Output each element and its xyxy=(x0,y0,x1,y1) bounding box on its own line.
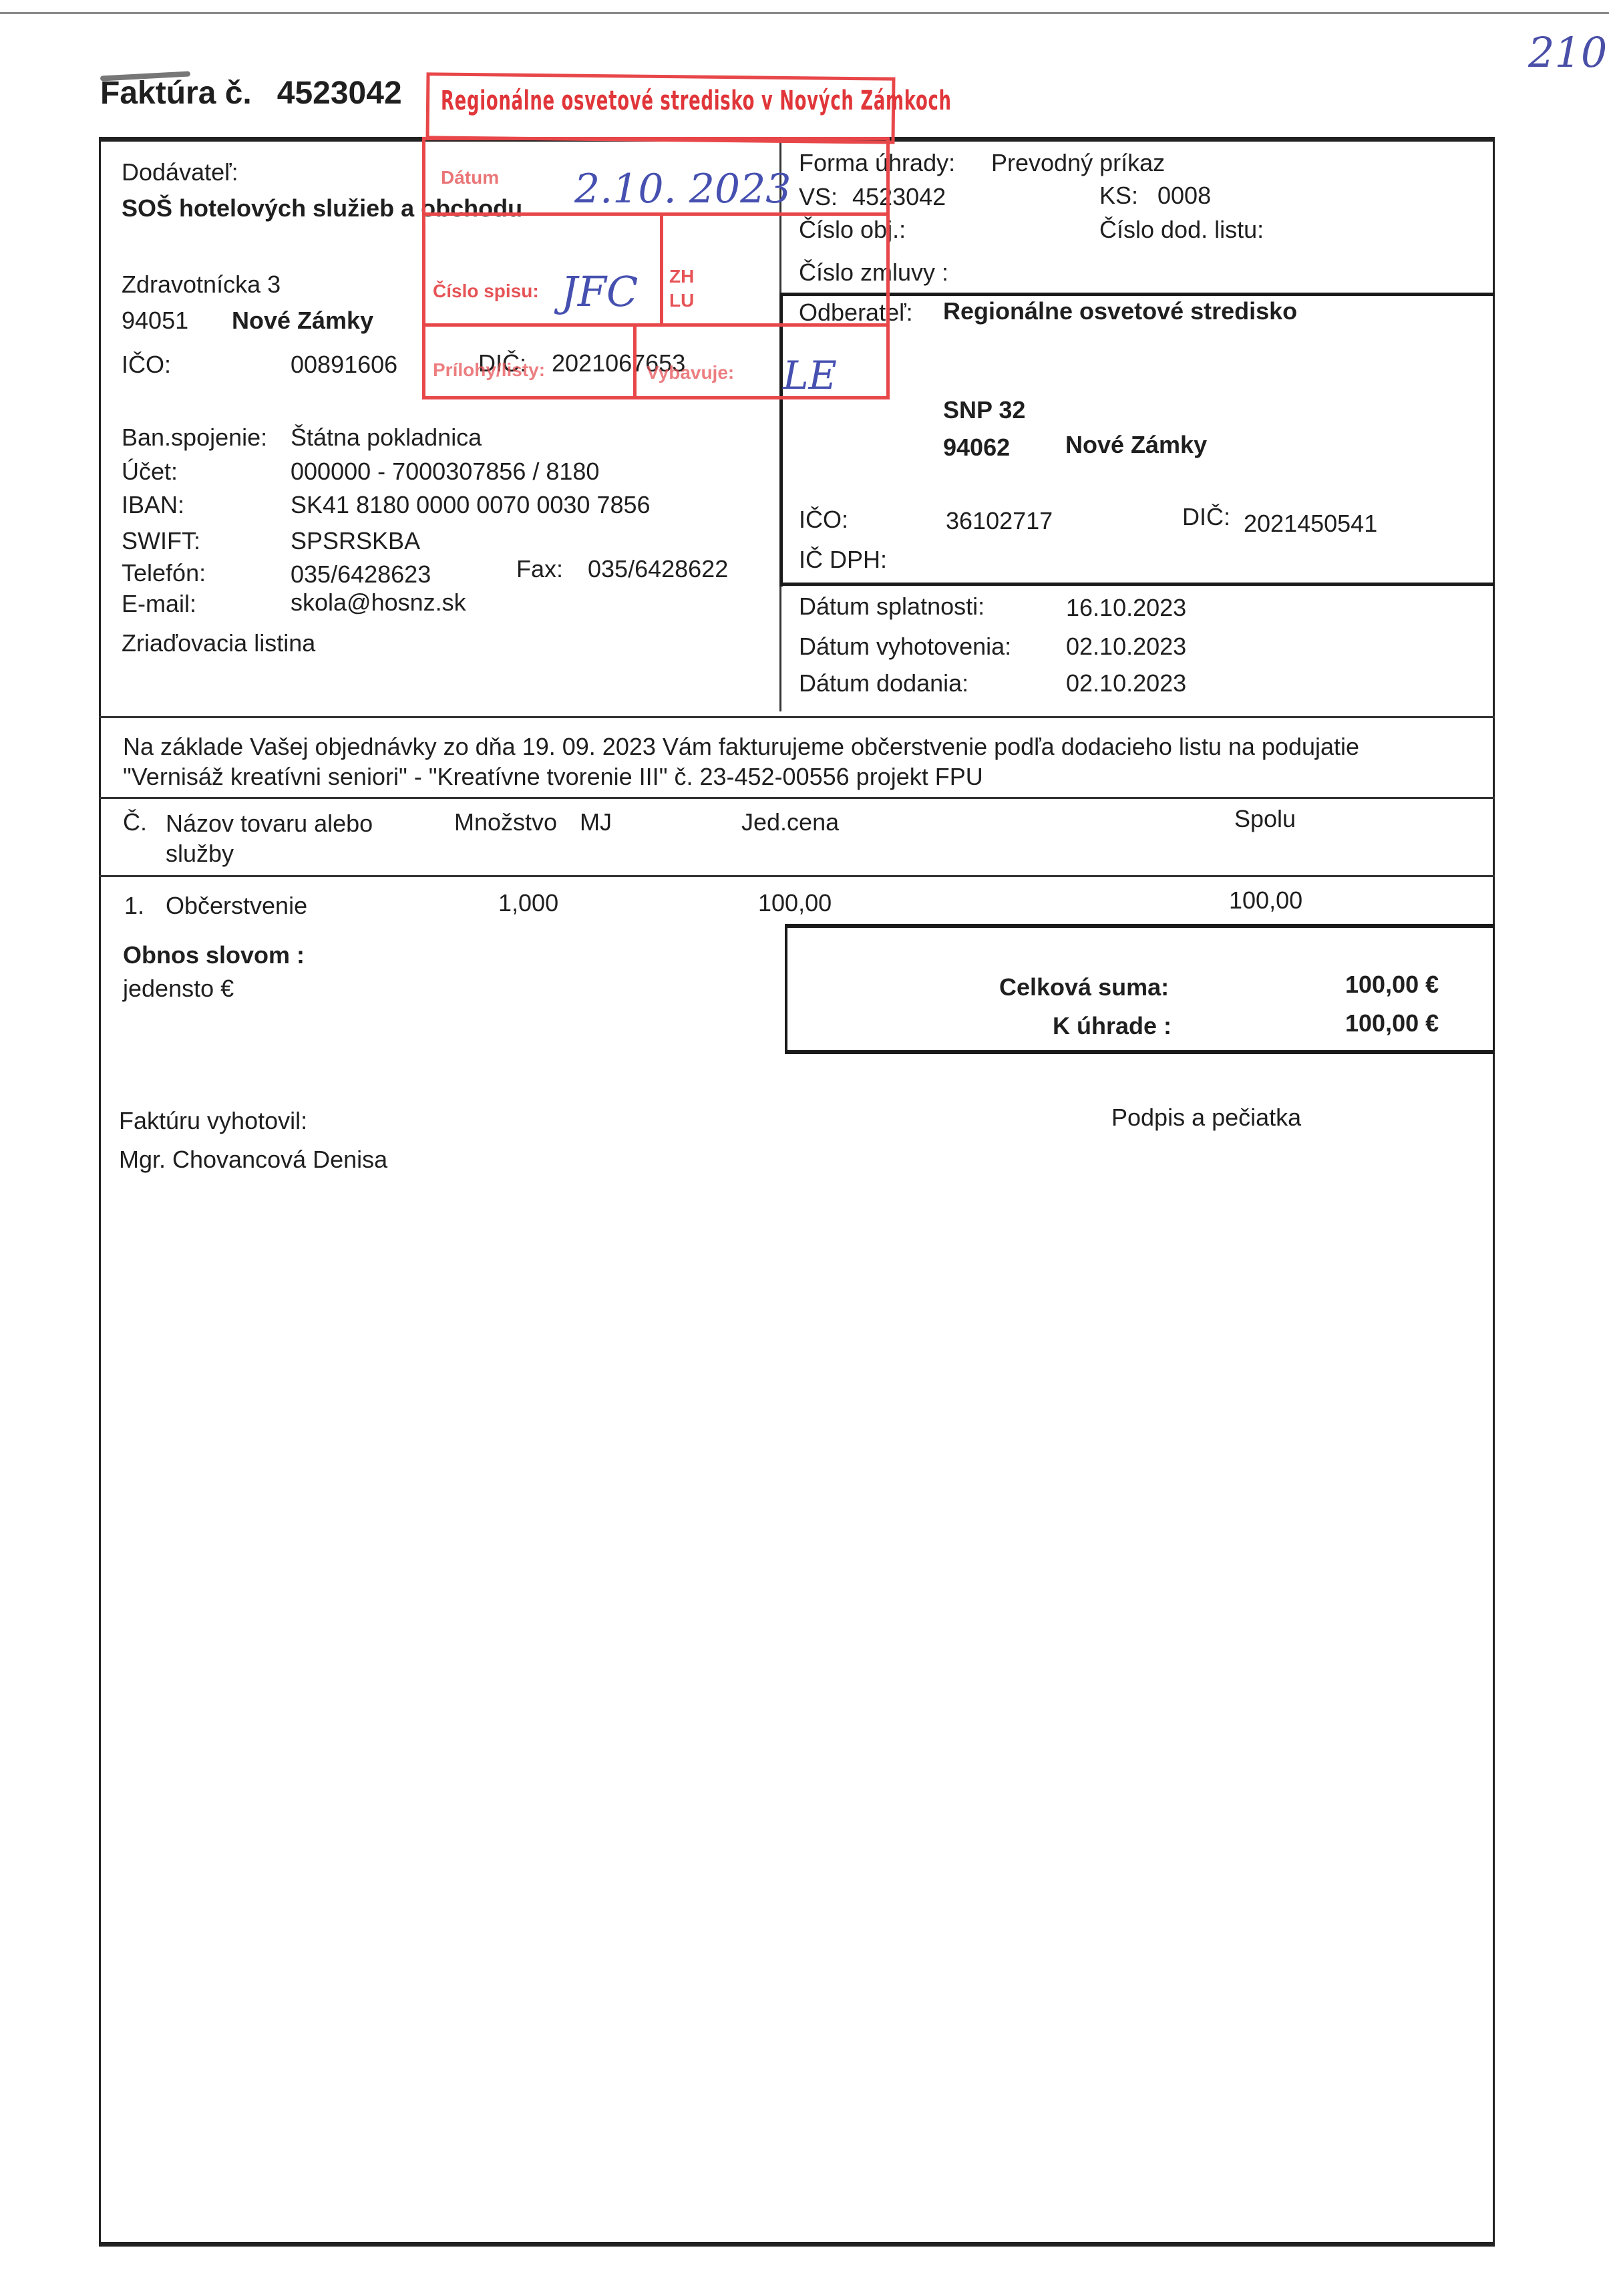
stamp-divider-3 xyxy=(422,323,890,327)
issue-date: 02.10.2023 xyxy=(1066,635,1186,659)
account-number: 000000 - 7000307856 / 8180 xyxy=(291,460,599,484)
iban-label: IBAN: xyxy=(122,493,184,517)
stamp-reg-label: Číslo spisu: xyxy=(433,281,539,302)
issue-date-label: Dátum vyhotovenia: xyxy=(799,635,1011,659)
stamp-handler-label: Vybavuje: xyxy=(647,362,734,383)
issued-by-name: Mgr. Chovancová Denisa xyxy=(119,1148,387,1172)
row-no: 1. xyxy=(124,894,144,918)
row-name: Občerstvenie xyxy=(166,894,307,918)
row-qty: 1,000 xyxy=(498,891,558,915)
supplier-street: Zdravotnícka 3 xyxy=(122,273,281,297)
delivery-note-label: Číslo dod. listu: xyxy=(1099,218,1264,242)
total-value: 100,00 € xyxy=(1345,973,1439,997)
supplier-ico-label: IČO: xyxy=(122,353,171,377)
email-value: skola@hosnz.sk xyxy=(291,591,466,615)
issued-by-label: Faktúru vyhotovil: xyxy=(119,1109,307,1133)
description-line-1: Na základe Vašej objednávky zo dňa 19. 0… xyxy=(123,735,1359,759)
customer-ico-label: IČO: xyxy=(799,508,848,532)
stamp-code-bottom: LU xyxy=(669,290,694,311)
col-header-name-2: služby xyxy=(166,842,234,866)
swift-value: SPSRSKBA xyxy=(291,529,420,553)
ks-label: KS: xyxy=(1099,184,1138,208)
due-date-label: Dátum splatnosti: xyxy=(799,595,985,619)
table-header-top-rule xyxy=(99,797,1495,799)
stamp-attachments-label: Prílohy/listy: xyxy=(433,359,545,381)
customer-dic-label: DIČ: xyxy=(1182,505,1230,529)
supplier-label: Dodávateľ: xyxy=(122,160,238,184)
customer-box-bottom xyxy=(779,583,1495,586)
customer-icdph-label: IČ DPH: xyxy=(799,548,887,572)
invoice-title: Faktúra č.4523042 xyxy=(100,75,402,112)
customer-city: Nové Zámky xyxy=(1065,433,1207,457)
handwritten-page-number: 210 xyxy=(1528,28,1607,77)
scan-edge-rule xyxy=(0,12,1609,14)
payment-method: Prevodný príkaz xyxy=(991,151,1165,175)
col-header-total: Spolu xyxy=(1234,807,1296,831)
col-header-no: Č. xyxy=(123,810,147,834)
customer-zip: 94062 xyxy=(943,436,1010,460)
description-line-2: "Vernisáž kreatívni seniori" - "Kreatívn… xyxy=(123,765,983,789)
founding-document: Zriaďovacia listina xyxy=(122,631,315,655)
supplier-zip: 94051 xyxy=(122,309,188,333)
account-label: Účet: xyxy=(122,460,178,484)
invoice-number: 4523042 xyxy=(277,75,402,111)
stamp-date-label: Dátum xyxy=(441,167,499,188)
delivery-date: 02.10.2023 xyxy=(1066,671,1186,695)
phone-value: 035/6428623 xyxy=(291,562,431,587)
stamp-reg-handwritten: JFC xyxy=(561,267,638,316)
bank-name: Štátna pokladnica xyxy=(291,426,482,450)
invoice-title-label: Faktúra č. xyxy=(100,75,252,111)
email-label: E-mail: xyxy=(122,592,196,616)
description-top-rule xyxy=(99,716,1495,718)
amount-words-label: Obnos slovom : xyxy=(123,943,305,967)
bank-label: Ban.spojenie: xyxy=(122,426,267,450)
stamp-divider-2 xyxy=(660,212,663,326)
supplier-city: Nové Zámky xyxy=(232,309,373,333)
due-date: 16.10.2023 xyxy=(1066,596,1186,620)
fax-value: 035/6428622 xyxy=(588,557,728,581)
col-header-name: Názov tovaru alebo xyxy=(166,812,373,836)
ks-value: 0008 xyxy=(1157,184,1211,208)
col-header-unit-price: Jed.cena xyxy=(741,810,839,834)
customer-street: SNP 32 xyxy=(943,398,1025,422)
fax-label: Fax: xyxy=(516,557,563,581)
col-header-qty: Množstvo xyxy=(454,810,557,834)
customer-ico: 36102717 xyxy=(946,509,1053,533)
stamp-title: Regionálne osvetové stredisko v Nových Z… xyxy=(441,86,952,116)
stamp-code-top: ZH xyxy=(669,266,694,287)
amount-words-value: jedensto € xyxy=(123,977,234,1001)
total-label: Celková suma: xyxy=(999,975,1169,999)
invoice-frame xyxy=(99,137,1495,2247)
signature-label: Podpis a pečiatka xyxy=(1111,1106,1301,1130)
stamp-divider-4 xyxy=(633,323,637,399)
supplier-ico: 00891606 xyxy=(291,353,397,377)
to-pay-label: K úhrade : xyxy=(1053,1014,1172,1038)
delivery-date-label: Dátum dodania: xyxy=(799,671,968,695)
table-row-top-rule xyxy=(99,875,1495,877)
to-pay-value: 100,00 € xyxy=(1345,1011,1439,1035)
customer-dic: 2021450541 xyxy=(1244,512,1377,536)
customer-name: Regionálne osvetové stredisko xyxy=(943,299,1297,323)
col-header-unit: MJ xyxy=(580,810,612,834)
stamp-date-handwritten: 2.10. 2023 xyxy=(574,166,791,212)
stamp-handler-initials: LE xyxy=(783,353,837,398)
row-total: 100,00 xyxy=(1229,888,1302,913)
stamp-divider-1 xyxy=(422,212,890,216)
swift-label: SWIFT: xyxy=(122,529,200,553)
phone-label: Telefón: xyxy=(122,561,206,585)
iban-value: SK41 8180 0000 0070 0030 7856 xyxy=(291,493,651,517)
row-unit-price: 100,00 xyxy=(758,891,832,915)
